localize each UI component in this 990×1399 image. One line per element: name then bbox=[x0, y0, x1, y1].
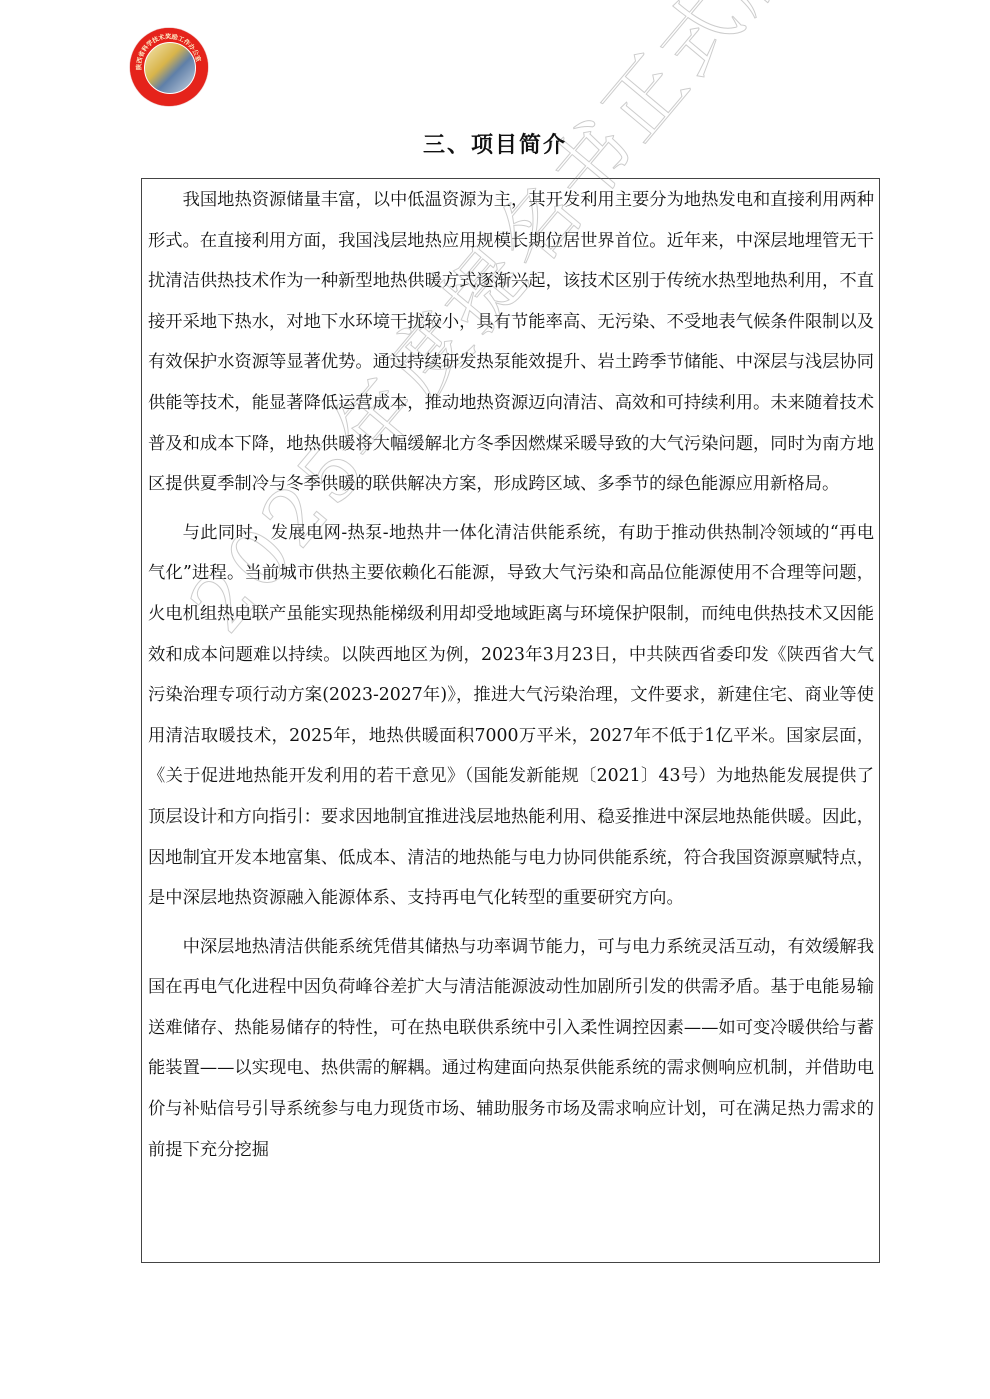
svg-text:陕西省科学技术奖励工作办公室: 陕西省科学技术奖励工作办公室 bbox=[135, 32, 203, 70]
paragraph-1: 我国地热资源储量丰富，以中低温资源为主，其开发利用主要分为地热发电和直接利用两种… bbox=[148, 180, 874, 505]
seal-ring-text: 陕西省科学技术奖励工作办公室 bbox=[130, 28, 208, 106]
section-title: 三、项目简介 bbox=[0, 128, 990, 159]
official-seal: 陕西省科学技术奖励工作办公室 bbox=[130, 28, 208, 106]
paragraph-2: 与此同时，发展电网-热泵-地热井一体化清洁供能系统，有助于推动供热制冷领域的“再… bbox=[148, 513, 874, 919]
paragraph-3: 中深层地热清洁供能系统凭借其储热与功率调节能力，可与电力系统灵活互动，有效缓解我… bbox=[148, 927, 874, 1171]
project-summary: 我国地热资源储量丰富，以中低温资源为主，其开发利用主要分为地热发电和直接利用两种… bbox=[148, 180, 874, 1170]
